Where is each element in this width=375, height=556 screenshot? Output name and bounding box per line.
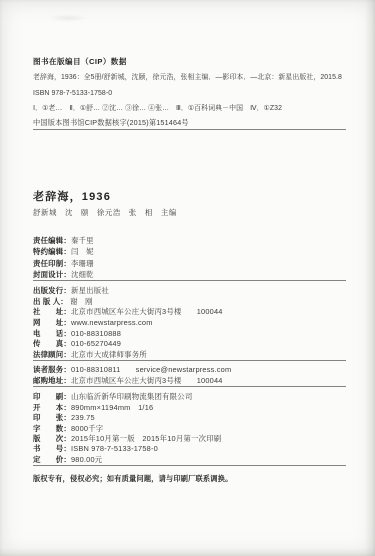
publisher-label: 出 版 人： bbox=[33, 297, 70, 308]
printing-row: 字 数：8000千字 bbox=[33, 424, 346, 434]
book-authors: 舒新城 沈 颐 徐元浩 张 相 主编 bbox=[33, 207, 346, 219]
publisher-value: 010-88310888 bbox=[71, 329, 121, 338]
printing-label: 开 本： bbox=[33, 403, 71, 413]
cip-block: 图书在版编目（CIP）数据 老辞海，1936：全5册/舒新城，沈颐，徐元浩，张相… bbox=[33, 54, 346, 129]
printing-value: 980.00元 bbox=[71, 455, 102, 464]
printing-label: 字 数： bbox=[33, 424, 71, 434]
printing-row: 定 价：980.00元 bbox=[33, 455, 346, 465]
publisher-label: 出版发行： bbox=[33, 286, 71, 297]
printing-label: 版 次： bbox=[33, 434, 71, 444]
printing-row: 印 刷：山东临沂新华印刷物流集团有限公司 bbox=[33, 392, 346, 402]
editors-block: 责任编辑：秦千里 特约编辑：闫 妮 责任印制：李珊珊 封面设计：沈细乾 bbox=[33, 235, 346, 280]
editor-row: 特约编辑：闫 妮 bbox=[33, 246, 346, 257]
editor-value: 闫 妮 bbox=[71, 247, 94, 256]
copyright-notice: 版权专有，侵权必究；如有质量问题，请与印刷厂联系调换。 bbox=[33, 474, 346, 484]
divider-publisher bbox=[33, 360, 346, 361]
cip-registration-number: 中国版本图书馆CIP数据核字(2015)第151464号 bbox=[33, 117, 346, 130]
publisher-row: 出 版 人：谢 刚 bbox=[33, 297, 346, 308]
cip-isbn: ISBN 978-7-5133-1758-0 bbox=[33, 86, 346, 102]
publisher-row: 电 话：010-88310888 bbox=[33, 329, 346, 340]
publisher-block: 出版发行：新星出版社 出 版 人：谢 刚 社 址：北京市西城区车公庄大街丙3号楼… bbox=[33, 286, 346, 360]
publisher-row: 社 址：北京市西城区车公庄大街丙3号楼 100044 bbox=[33, 307, 346, 318]
publisher-value: 北京市大成律师事务所 bbox=[71, 350, 147, 359]
editor-row: 责任印制：李珊珊 bbox=[33, 258, 346, 269]
printing-value: 239.75 bbox=[71, 413, 95, 422]
printing-block: 印 刷：山东临沂新华印刷物流集团有限公司 开 本：890mm×1194mm 1/… bbox=[33, 392, 346, 465]
publisher-label: 法律顾问： bbox=[33, 350, 71, 361]
service-value: 010-88310811 service@newstarpress.com bbox=[71, 365, 231, 374]
editor-value: 李珊珊 bbox=[71, 259, 94, 268]
editor-value: 沈细乾 bbox=[71, 270, 94, 279]
publisher-label: 传 真： bbox=[33, 339, 71, 350]
divider-editors bbox=[33, 280, 346, 281]
publisher-value: 北京市西城区车公庄大街丙3号楼 100044 bbox=[71, 307, 223, 316]
publisher-row: 传 真：010-65270449 bbox=[33, 339, 346, 350]
publisher-value: 谢 刚 bbox=[70, 297, 93, 306]
publisher-label: 社 址： bbox=[33, 307, 71, 318]
printing-label: 印 刷： bbox=[33, 392, 71, 402]
editor-label: 责任编辑： bbox=[33, 235, 71, 246]
service-row: 读者服务：010-88310811 service@newstarpress.c… bbox=[33, 364, 346, 375]
publisher-row: 网 址：www.newstarpress.com bbox=[33, 318, 346, 329]
service-label: 读者服务： bbox=[33, 364, 71, 375]
service-label: 邮购地址： bbox=[33, 375, 71, 386]
printing-value: 2015年10月第一版 2015年10月第一次印刷 bbox=[71, 434, 221, 443]
printing-value: 8000千字 bbox=[71, 424, 103, 433]
divider-cip bbox=[33, 129, 346, 130]
book-title: 老辞海，1936 bbox=[33, 190, 346, 204]
cip-description: 老辞海，1936：全5册/舒新城，沈颐，徐元浩，张相主编．—影印本．—北京：新星… bbox=[33, 70, 346, 86]
publisher-label: 网 址： bbox=[33, 318, 71, 329]
publisher-value: 010-65270449 bbox=[71, 339, 121, 348]
printing-value: 890mm×1194mm 1/16 bbox=[71, 403, 153, 412]
scan-edge-shadow-right bbox=[365, 0, 375, 556]
editor-row: 封面设计：沈细乾 bbox=[33, 269, 346, 280]
editor-label: 特约编辑： bbox=[33, 246, 71, 257]
scan-edge-shadow-bottom bbox=[0, 548, 375, 556]
printing-value: 山东临沂新华印刷物流集团有限公司 bbox=[71, 392, 192, 401]
publisher-value: 新星出版社 bbox=[71, 286, 109, 295]
printing-value: ISBN 978-7-5133-1758-0 bbox=[71, 444, 158, 453]
cip-classification: Ⅰ．①老… Ⅱ．①舒… ②沈… ③徐… ④张… Ⅲ．①百科词典－中国 Ⅳ．①Z3… bbox=[33, 101, 346, 117]
editor-value: 秦千里 bbox=[71, 236, 94, 245]
page-content: 图书在版编目（CIP）数据 老辞海，1936：全5册/舒新城，沈颐，徐元浩，张相… bbox=[33, 54, 346, 484]
service-value: 北京市西城区车公庄大街丙3号楼 100044 bbox=[71, 376, 223, 385]
divider-printing bbox=[33, 465, 346, 466]
editor-row: 责任编辑：秦千里 bbox=[33, 235, 346, 246]
divider-service bbox=[33, 386, 346, 387]
printing-label: 书 号： bbox=[33, 444, 71, 454]
scan-smudge bbox=[48, 14, 88, 22]
publisher-label: 电 话： bbox=[33, 329, 71, 340]
publisher-value: www.newstarpress.com bbox=[71, 318, 153, 327]
publisher-row: 法律顾问：北京市大成律师事务所 bbox=[33, 350, 346, 361]
book-copyright-page: 图书在版编目（CIP）数据 老辞海，1936：全5册/舒新城，沈颐，徐元浩，张相… bbox=[0, 0, 375, 556]
editor-label: 责任印制： bbox=[33, 258, 71, 269]
printing-row: 开 本：890mm×1194mm 1/16 bbox=[33, 403, 346, 413]
printing-row: 书 号：ISBN 978-7-5133-1758-0 bbox=[33, 444, 346, 454]
printing-label: 印 张： bbox=[33, 413, 71, 423]
cip-header: 图书在版编目（CIP）数据 bbox=[33, 54, 346, 70]
service-row: 邮购地址：北京市西城区车公庄大街丙3号楼 100044 bbox=[33, 375, 346, 386]
printing-row: 印 张：239.75 bbox=[33, 413, 346, 423]
editor-label: 封面设计： bbox=[33, 269, 71, 280]
publisher-row: 出版发行：新星出版社 bbox=[33, 286, 346, 297]
printing-row: 版 次：2015年10月第一版 2015年10月第一次印刷 bbox=[33, 434, 346, 444]
printing-label: 定 价： bbox=[33, 455, 71, 465]
reader-service-block: 读者服务：010-88310811 service@newstarpress.c… bbox=[33, 364, 346, 386]
